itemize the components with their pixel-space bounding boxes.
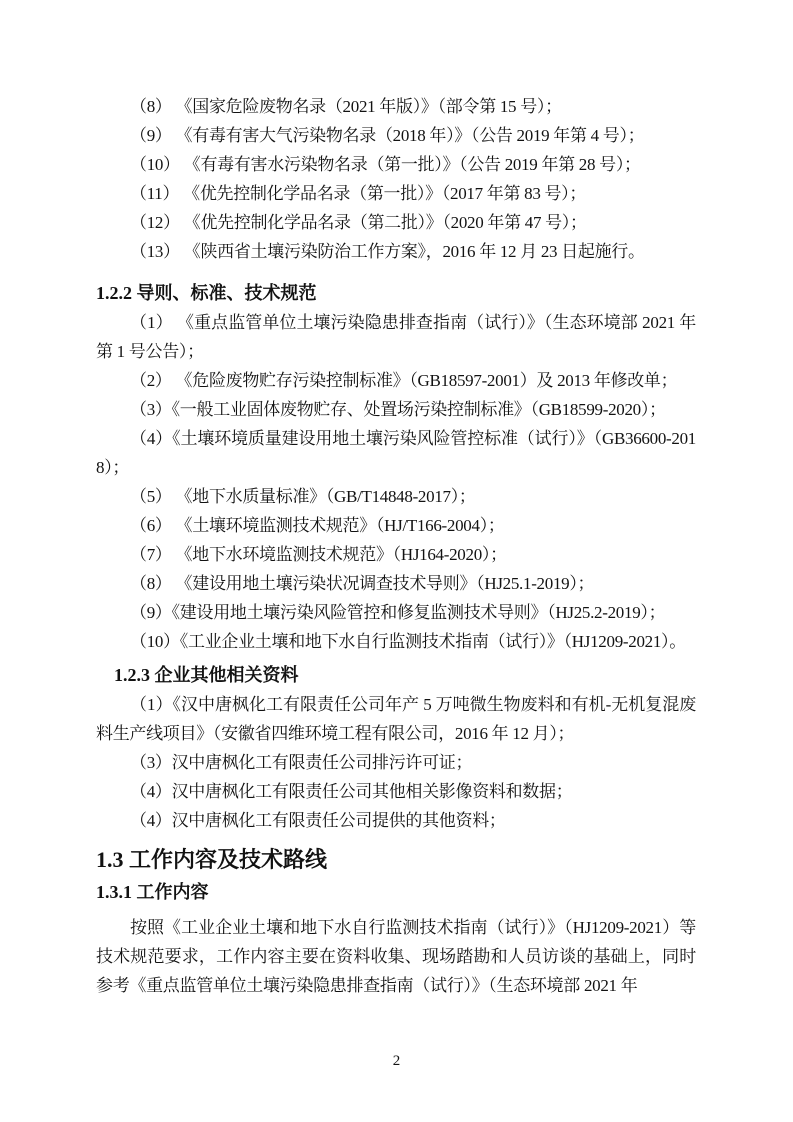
reference-item: （4）汉中唐枫化工有限责任公司其他相关影像资料和数据； [96,777,696,806]
section-heading-1-3: 1.3 工作内容及技术路线 [96,843,696,877]
section-heading-1-2-2: 1.2.2 导则、标准、技术规范 [96,278,696,308]
reference-item: （1）《汉中唐枫化工有限责任公司年产 5 万吨微生物废料和有机-无机复混废料生产… [96,690,696,748]
reference-item: （10）《工业企业土壤和地下水自行监测技术指南（试行）》（HJ1209-2021… [96,627,696,656]
reference-item: （9） 《有毒有害大气污染物名录（2018 年）》（公告 2019 年第 4 号… [96,121,696,150]
reference-item: （10） 《有毒有害水污染物名录（第一批）》（公告 2019 年第 28 号）； [96,150,696,179]
page-number: 2 [393,1053,401,1069]
reference-item: （3）汉中唐枫化工有限责任公司排污许可证； [96,748,696,777]
reference-item: （3）《一般工业固体废物贮存、处置场污染控制标准》（GB18599-2020）； [96,395,696,424]
page-content: （8） 《国家危险废物名录（2021 年版）》（部令第 15 号）； （9） 《… [96,92,696,1000]
reference-item: （7） 《地下水环境监测技术规范》（HJ164-2020）； [96,540,696,569]
reference-item: （8） 《国家危险废物名录（2021 年版）》（部令第 15 号）； [96,92,696,121]
section-heading-1-3-1: 1.3.1 工作内容 [96,877,696,907]
document-page: （8） 《国家危险废物名录（2021 年版）》（部令第 15 号）； （9） 《… [0,0,793,1122]
reference-item: （5） 《地下水质量标准》（GB/T14848-2017）； [96,482,696,511]
body-paragraph: 按照《工业企业土壤和地下水自行监测技术指南（试行）》（HJ1209-2021）等… [96,913,696,1000]
reference-item: （1） 《重点监管单位土壤污染隐患排查指南（试行）》（生态环境部 2021 年第… [96,308,696,366]
reference-item: （2） 《危险废物贮存污染控制标准》（GB18597-2001）及 2013 年… [96,366,696,395]
page-footer: 2 [0,1052,793,1070]
reference-item: （4）《土壤环境质量建设用地土壤污染风险管控标准（试行）》（GB36600-20… [96,424,696,482]
section-heading-1-2-3: 1.2.3 企业其他相关资料 [96,660,696,690]
reference-item: （8） 《建设用地土壤污染状况调查技术导则》（HJ25.1-2019）； [96,569,696,598]
reference-item: （9）《建设用地土壤污染风险管控和修复监测技术导则》（HJ25.2-2019）； [96,598,696,627]
reference-item: （13） 《陕西省土壤污染防治工作方案》，2016 年 12 月 23 日起施行… [96,237,696,266]
reference-item: （6） 《土壤环境监测技术规范》（HJ/T166-2004）； [96,511,696,540]
reference-item: （12） 《优先控制化学品名录（第二批）》（2020 年第 47 号）； [96,208,696,237]
reference-item: （4）汉中唐枫化工有限责任公司提供的其他资料； [96,806,696,835]
reference-item: （11） 《优先控制化学品名录（第一批）》（2017 年第 83 号）； [96,179,696,208]
